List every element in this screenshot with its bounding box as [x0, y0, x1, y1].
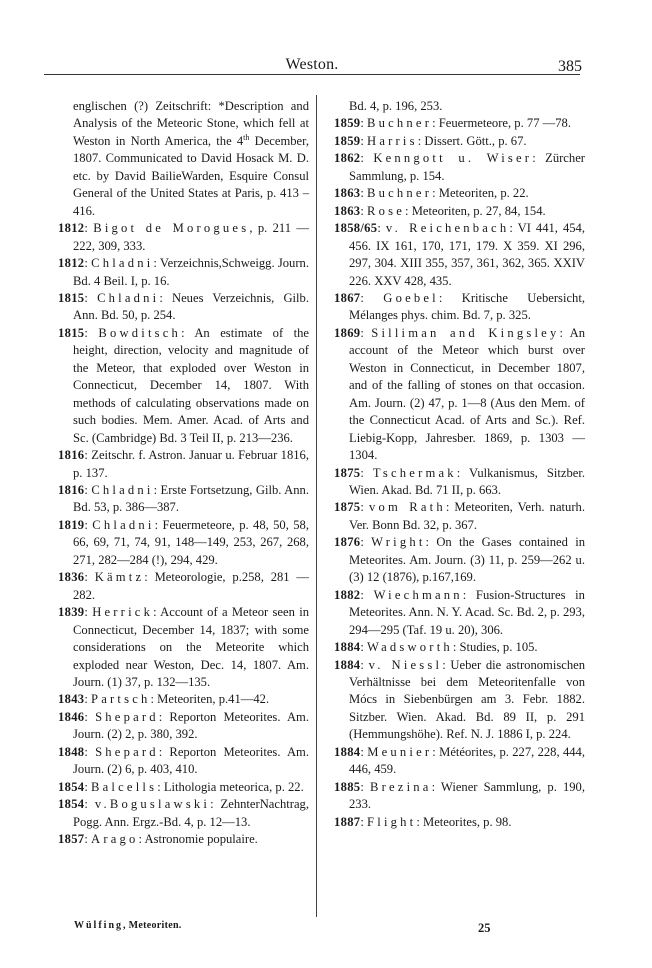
entry-year: 1869 — [334, 326, 360, 340]
entry-year: 1858/65 — [334, 221, 377, 235]
entry-author: Bowditsch — [98, 326, 181, 340]
running-title: Weston. — [44, 56, 580, 74]
entry-author: Bigot de Morogues — [93, 221, 249, 235]
entry-author: Kämtz — [95, 570, 145, 584]
entry-text: Bd. 4, p. 196, 253. — [349, 99, 442, 113]
bibliography-entry: 1862: Kenngott u. Wiser: Zürcher Sammlun… — [334, 150, 585, 185]
bibliography-entry: 1884: Wadsworth: Studies, p. 105. — [334, 639, 585, 656]
bibliography-entry: 1863: Rose: Meteoriten, p. 27, 84, 154. — [334, 203, 585, 220]
entry-author: Buchner — [367, 116, 432, 130]
entry-year: 1875 — [334, 466, 360, 480]
entry-year: 1863 — [334, 204, 360, 218]
year-separator: : — [84, 797, 94, 811]
bibliography-entry: 1876: Wright: On the Gases contained in … — [334, 534, 585, 586]
bibliography-entry: 1843: Partsch: Meteoriten, p.41—42. — [58, 691, 309, 708]
year-separator: : — [360, 658, 368, 672]
entry-author: Shepard — [95, 710, 159, 724]
entry-author: v. Niessl — [369, 658, 443, 672]
year-separator: : — [360, 151, 373, 165]
footer-book-credit: Wülfing, Meteoriten. — [74, 920, 182, 931]
entry-text: : Feuermeteore, p. 77 —78. — [432, 116, 571, 130]
bibliography-entry: 1875: vom Rath: Meteoriten, Verh. naturh… — [334, 499, 585, 534]
entry-year: 1854 — [58, 780, 84, 794]
bibliography-entry: 1885: Brezina: Wiener Sammlung, p. 190, … — [334, 779, 585, 814]
entry-author: Brezina — [370, 780, 432, 794]
bibliography-entry: Bd. 4, p. 196, 253. — [334, 98, 585, 115]
entry-year: 1862 — [334, 151, 360, 165]
entry-text: : Meteoriten, p. 27, 84, 154. — [405, 204, 546, 218]
entry-author: Chladni — [91, 483, 153, 497]
bibliography-entry: 1857: Arago: Astronomie populaire. — [58, 831, 309, 848]
entry-year: 1816 — [58, 448, 84, 462]
entry-author: Flight — [367, 815, 416, 829]
entry-year: 1882 — [334, 588, 360, 602]
year-separator: : — [84, 326, 98, 340]
bibliography-entry: 1815: Chladni: Neues Verzeichnis, Gilb. … — [58, 290, 309, 325]
entry-text: : Meteoriten, p.41—42. — [151, 692, 270, 706]
year-separator: : — [84, 291, 97, 305]
entry-year: 1887 — [334, 815, 360, 829]
year-separator: : — [377, 221, 386, 235]
page-header: Weston. 385 — [44, 56, 580, 76]
year-separator: : — [360, 291, 383, 305]
entry-year: 1848 — [58, 745, 84, 759]
entry-author: Goebel — [383, 291, 439, 305]
entry-author: v.Boguslawski — [95, 797, 210, 811]
bibliography-entry: 1859: Buchner: Feuermeteore, p. 77 —78. — [334, 115, 585, 132]
year-separator: : — [84, 221, 93, 235]
entry-year: 1819 — [58, 518, 84, 532]
entry-year: 1884 — [334, 745, 360, 759]
year-separator: : — [84, 745, 95, 759]
year-separator: : — [84, 710, 95, 724]
entry-text: : Astronomie populaire. — [139, 832, 258, 846]
year-separator: : — [360, 466, 373, 480]
entry-text: : Meteorites, p. 98. — [416, 815, 511, 829]
bibliography-entry: 1884: v. Niessl: Ueber die astronomische… — [334, 657, 585, 744]
bibliography-entry: 1858/65: v. Reichenbach: VI 441, 454, 45… — [334, 220, 585, 290]
entry-author: Chladni — [97, 291, 159, 305]
signature-mark: 25 — [478, 921, 491, 936]
entry-year: 1867 — [334, 291, 360, 305]
bibliography-entry: 1812: Chladni: Verzeichnis,Schweigg. Jou… — [58, 255, 309, 290]
entry-year: 1854 — [58, 797, 84, 811]
entry-year: 1839 — [58, 605, 84, 619]
entry-text: englischen (?) Zeitschrift: *Description… — [73, 99, 309, 218]
entry-year: 1859 — [334, 116, 360, 130]
entry-year: 1876 — [334, 535, 360, 549]
entry-author: Wiechmann — [374, 588, 463, 602]
entry-year: 1812 — [58, 256, 84, 270]
right-column: Bd. 4, p. 196, 253.1859: Buchner: Feuerm… — [334, 98, 585, 831]
entry-author: Meunier — [367, 745, 432, 759]
entry-year: 1812 — [58, 221, 84, 235]
entry-author: Rose — [367, 204, 405, 218]
entry-author: Harris — [367, 134, 418, 148]
bibliography-entry: englischen (?) Zeitschrift: *Description… — [58, 98, 309, 220]
entry-author: Shepard — [95, 745, 159, 759]
entry-text: : Studies, p. 105. — [453, 640, 538, 654]
year-separator: : — [360, 588, 373, 602]
bibliography-entry: 1812: Bigot de Morogues, p. 211 —222, 30… — [58, 220, 309, 255]
entry-year: 1816 — [58, 483, 84, 497]
entry-year: 1875 — [334, 500, 360, 514]
entry-text: : An estimate of the height, direction, … — [73, 326, 309, 445]
year-separator: : — [360, 780, 370, 794]
entry-text: : An account of the Meteor which burst o… — [349, 326, 585, 462]
bibliography-entry: 1854: Balcells: Lithologia meteorica, p.… — [58, 779, 309, 796]
entry-author: Tschermak — [373, 466, 457, 480]
bibliography-entry: 1819: Chladni: Feuermeteore, p. 48, 50, … — [58, 517, 309, 569]
entry-year: 1857 — [58, 832, 84, 846]
year-separator: : — [360, 500, 369, 514]
bibliography-entry: 1882: Wiechmann: Fusion-Structures in Me… — [334, 587, 585, 639]
bibliography-entry: 1846: Shepard: Reporton Meteorites. Am. … — [58, 709, 309, 744]
entry-text: : Lithologia meteorica, p. 22. — [157, 780, 304, 794]
entry-year: 1815 — [58, 291, 84, 305]
entry-author: Partsch — [91, 692, 150, 706]
entry-year: 1846 — [58, 710, 84, 724]
bibliography-entry: 1815: Bowditsch: An estimate of the heig… — [58, 325, 309, 447]
year-separator: : — [360, 326, 371, 340]
bibliography-entry: 1867: Goebel: Kritische Uebersicht, Méla… — [334, 290, 585, 325]
entry-year: 1884 — [334, 640, 360, 654]
entry-year: 1863 — [334, 186, 360, 200]
entry-author: Silliman and Kingsley — [371, 326, 559, 340]
entry-author: Balcells — [91, 780, 157, 794]
entry-year: 1815 — [58, 326, 84, 340]
entry-year: 1884 — [334, 658, 360, 672]
entry-year: 1836 — [58, 570, 84, 584]
entry-author: Wadsworth — [367, 640, 453, 654]
entry-year: 1885 — [334, 780, 360, 794]
footer-author: Wülfing — [74, 920, 123, 931]
entry-author: v. Reichenbach — [386, 221, 509, 235]
entry-author: Herrick — [92, 605, 153, 619]
bibliography-entry: 1836: Kämtz: Meteorologie, p.258, 281 —2… — [58, 569, 309, 604]
bibliography-entry: 1887: Flight: Meteorites, p. 98. — [334, 814, 585, 831]
entry-year: 1859 — [334, 134, 360, 148]
entry-text: : Meteoriten, p. 22. — [432, 186, 529, 200]
bibliography-entry: 1839: Herrick: Account of a Meteor seen … — [58, 604, 309, 691]
left-column: englischen (?) Zeitschrift: *Description… — [58, 98, 309, 848]
entry-year: 1843 — [58, 692, 84, 706]
bibliography-entry: 1869: Silliman and Kingsley: An account … — [334, 325, 585, 465]
bibliography-entry: 1816: Chladni: Erste Fortsetzung, Gilb. … — [58, 482, 309, 517]
bibliography-entry: 1816: Zeitschr. f. Astron. Januar u. Feb… — [58, 447, 309, 482]
footer-book-title: , Meteoriten. — [123, 920, 182, 931]
year-separator: : — [84, 570, 94, 584]
entry-author: Kenngott u. Wiser — [373, 151, 532, 165]
entry-author: Chladni — [91, 256, 153, 270]
entry-author: Chladni — [92, 518, 154, 532]
entry-text: : Dissert. Gött., p. 67. — [418, 134, 527, 148]
bibliography-entry: 1875: Tschermak: Vulkanismus, Sitzber. W… — [334, 465, 585, 500]
bibliography-entry: 1859: Harris: Dissert. Gött., p. 67. — [334, 133, 585, 150]
entry-author: Wright — [371, 535, 425, 549]
bibliography-entry: 1863: Buchner: Meteoriten, p. 22. — [334, 185, 585, 202]
entry-text: Zeitschr. f. Astron. Januar u. Februar 1… — [73, 448, 309, 479]
entry-author: Buchner — [367, 186, 432, 200]
entry-author: vom Rath — [369, 500, 446, 514]
year-separator: : — [360, 535, 371, 549]
bibliography-entry: 1848: Shepard: Reporton Meteorites. Am. … — [58, 744, 309, 779]
bibliography-entry: 1884: Meunier: Météorites, p. 227, 228, … — [334, 744, 585, 779]
bibliography-entry: 1854: v.Boguslawski: ZehnterNachtrag, Po… — [58, 796, 309, 831]
header-rule — [44, 74, 580, 75]
entry-author: Arago — [91, 832, 138, 846]
column-divider — [316, 95, 317, 917]
